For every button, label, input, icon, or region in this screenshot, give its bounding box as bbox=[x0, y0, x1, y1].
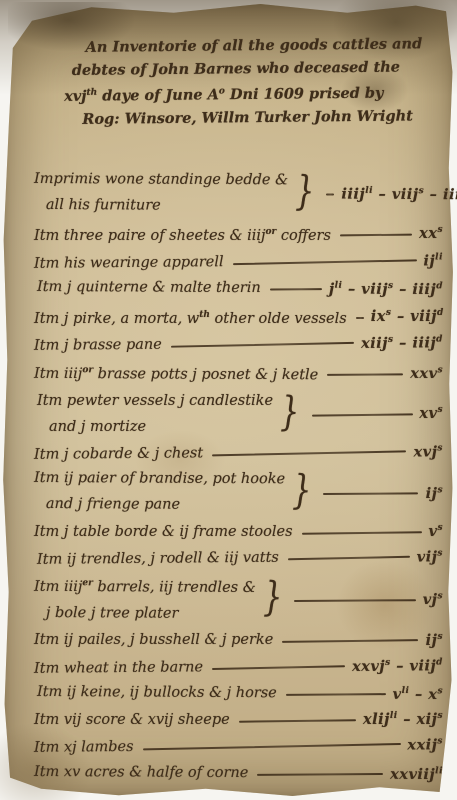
leader-line bbox=[171, 343, 354, 349]
item-text: Itm his wearinge apparell bbox=[34, 249, 224, 277]
list-item: Itm three paire of sheetes & iiijor coff… bbox=[34, 219, 443, 249]
item-text: Itm ij keine, ij bullocks & j horse bbox=[37, 679, 277, 706]
list-item: Itm j quinterne & malte therin jli – vii… bbox=[37, 274, 443, 303]
leader-line bbox=[212, 665, 345, 670]
item-line1: Itm his wearinge apparell bbox=[34, 249, 224, 277]
item-value: xiijs – iiijd bbox=[361, 334, 443, 352]
list-item: Itm iiijor brasse potts j posnet & j ket… bbox=[34, 357, 443, 389]
list-item: Itm ij trendles, j rodell & iij vatts vi… bbox=[37, 543, 443, 573]
item-line1: Itm j cobarde & j chest bbox=[34, 440, 203, 467]
item-value: ijs bbox=[426, 632, 443, 649]
leader-line bbox=[286, 694, 386, 697]
item-text: Itm j quinterne & malte therin bbox=[37, 274, 261, 301]
item-line1: Itm j table borde & ij frame stooles bbox=[34, 519, 293, 545]
leader-line bbox=[302, 531, 422, 534]
item-value: vijs bbox=[417, 548, 443, 565]
item-line1: Imprimis wone standinge bedde & bbox=[34, 166, 288, 193]
leader-line bbox=[323, 493, 418, 496]
item-line1: Itm three paire of sheetes & iiijor coff… bbox=[34, 219, 331, 249]
list-item: Itm ij keine, ij bullocks & j horse vli … bbox=[37, 679, 443, 708]
item-line2: j bole j tree plater bbox=[46, 600, 256, 627]
list-item: Itm ij paier of brandise, pot hooke and … bbox=[34, 465, 443, 519]
leader-line bbox=[282, 640, 418, 644]
inventory-list: Imprimis wone standinge bedde & all his … bbox=[34, 167, 443, 786]
leader-line bbox=[327, 373, 403, 376]
item-text: Itm j cobarde & j chest bbox=[34, 440, 203, 467]
item-text: Itm j table borde & ij frame stooles bbox=[34, 519, 293, 545]
item-text: Itm ij paier of brandise, pot hooke and … bbox=[34, 465, 285, 518]
item-line2: and j frienge pane bbox=[46, 491, 285, 518]
item-value: vli – xs bbox=[393, 686, 443, 703]
leader-line bbox=[257, 773, 383, 776]
item-value: xxijs bbox=[407, 736, 443, 753]
leader-line bbox=[311, 413, 412, 416]
item-text: Itm pewter vessels j candlestike and j m… bbox=[37, 388, 273, 440]
item-line1: Itm ij paier of brandise, pot hooke bbox=[34, 465, 285, 492]
heading-line: Rog: Winsore, Willm Turker John Wright bbox=[82, 104, 437, 131]
list-item: Itm ij pailes, j busshell & j perke ijs bbox=[34, 627, 443, 654]
item-value: jli – viijs – iiijd bbox=[329, 280, 443, 298]
item-text: Itm vij score & xvij sheepe bbox=[34, 707, 230, 733]
manuscript-content: An Inventorie of all the goods cattles a… bbox=[0, 0, 457, 800]
item-text: Itm xv acres & halfe of corne bbox=[34, 759, 248, 786]
item-line1: Itm j quinterne & malte therin bbox=[37, 274, 261, 301]
leader-line bbox=[288, 556, 410, 561]
list-item: Itm j cobarde & j chest xvjs bbox=[34, 438, 443, 468]
item-text: Itm iiijor brasse potts j posnet & j ket… bbox=[34, 357, 318, 388]
leader-line bbox=[294, 599, 416, 602]
item-text: Imprimis wone standinge bedde & all his … bbox=[34, 166, 288, 219]
item-value: xxvjs – viijd bbox=[352, 657, 443, 675]
list-item: Itm j brasse pane xiijs – iiijd bbox=[34, 330, 443, 360]
item-value: xxvs bbox=[410, 365, 443, 382]
list-item: Itm xj lambes xxijs bbox=[34, 731, 443, 761]
list-item: Itm his wearinge apparell ijli bbox=[34, 247, 443, 277]
heading-line: xvjth daye of June Ao Dni 1609 prised by bbox=[64, 78, 437, 108]
item-line1: Itm j pirke, a morta, wth other olde ves… bbox=[34, 302, 347, 332]
leader-line bbox=[212, 450, 406, 456]
leader-line bbox=[143, 743, 401, 750]
list-item: Itm xv acres & halfe of corne xxviijli bbox=[34, 759, 443, 788]
item-value: ijli bbox=[423, 252, 443, 269]
list-item: Itm j pirke, a morta, wth other olde ves… bbox=[34, 302, 443, 332]
leader-line bbox=[356, 317, 364, 319]
item-value: xlijli – xijs bbox=[363, 711, 443, 728]
list-item: Itm vij score & xvij sheepe xlijli – xij… bbox=[34, 707, 443, 734]
leader-line bbox=[270, 289, 322, 291]
item-value: vjs bbox=[423, 592, 443, 609]
item-line1: Itm j brasse pane bbox=[34, 332, 162, 359]
item-text: Itm ij pailes, j busshell & j perke bbox=[34, 627, 273, 653]
item-value: xxviijli bbox=[390, 765, 443, 782]
leader-line bbox=[233, 259, 417, 265]
item-value: xvjs bbox=[414, 443, 444, 460]
item-value: xvs bbox=[419, 405, 443, 422]
item-text: Itm three paire of sheetes & iiijor coff… bbox=[34, 219, 331, 249]
item-value: ixs – viijd bbox=[371, 308, 444, 325]
item-line1: Itm iiijer barrels, iij trendles & bbox=[34, 570, 256, 601]
item-text: Itm iiijer barrels, iij trendles & j bol… bbox=[34, 570, 256, 627]
item-text: Itm ij trendles, j rodell & iij vatts bbox=[37, 545, 279, 573]
item-text: Itm j brasse pane bbox=[34, 332, 162, 359]
item-value: ijs bbox=[426, 485, 443, 502]
list-item: Itm wheat in the barne xxvjs – viijd bbox=[34, 652, 443, 682]
list-item: Imprimis wone standinge bedde & all his … bbox=[34, 166, 443, 220]
item-line1: Itm ij trendles, j rodell & iij vatts bbox=[37, 545, 279, 573]
list-item: Itm pewter vessels j candlestike and j m… bbox=[37, 388, 443, 440]
manuscript-photo: An Inventorie of all the goods cattles a… bbox=[0, 0, 457, 800]
item-text: Itm j pirke, a morta, wth other olde ves… bbox=[34, 302, 347, 332]
item-value: vs bbox=[429, 523, 444, 540]
item-line2: all his furniture bbox=[46, 192, 288, 219]
item-line2: and j mortize bbox=[49, 414, 273, 440]
item-line1: Itm ij pailes, j busshell & j perke bbox=[34, 627, 273, 653]
item-value: iiijli – viijs – iiijd bbox=[341, 185, 457, 203]
item-line1: Itm vij score & xvij sheepe bbox=[34, 707, 230, 733]
item-line1: Itm pewter vessels j candlestike bbox=[37, 388, 273, 414]
leader-line bbox=[326, 193, 334, 195]
item-line1: Itm xv acres & halfe of corne bbox=[34, 759, 248, 786]
item-value: xxs bbox=[419, 225, 443, 242]
list-item: Itm iiijer barrels, iij trendles & j bol… bbox=[34, 570, 443, 628]
list-item: Itm j table borde & ij frame stooles vs bbox=[34, 518, 443, 545]
item-line1: Itm iiijor brasse potts j posnet & j ket… bbox=[34, 357, 318, 388]
leader-line bbox=[340, 233, 412, 236]
heading: An Inventorie of all the goods cattles a… bbox=[86, 32, 438, 130]
item-line1: Itm wheat in the barne bbox=[34, 654, 203, 681]
item-line1: Itm ij keine, ij bullocks & j horse bbox=[37, 679, 277, 706]
item-text: Itm xj lambes bbox=[34, 734, 134, 761]
leader-line bbox=[239, 719, 356, 722]
item-line1: Itm xj lambes bbox=[34, 734, 134, 761]
item-text: Itm wheat in the barne bbox=[34, 654, 203, 681]
